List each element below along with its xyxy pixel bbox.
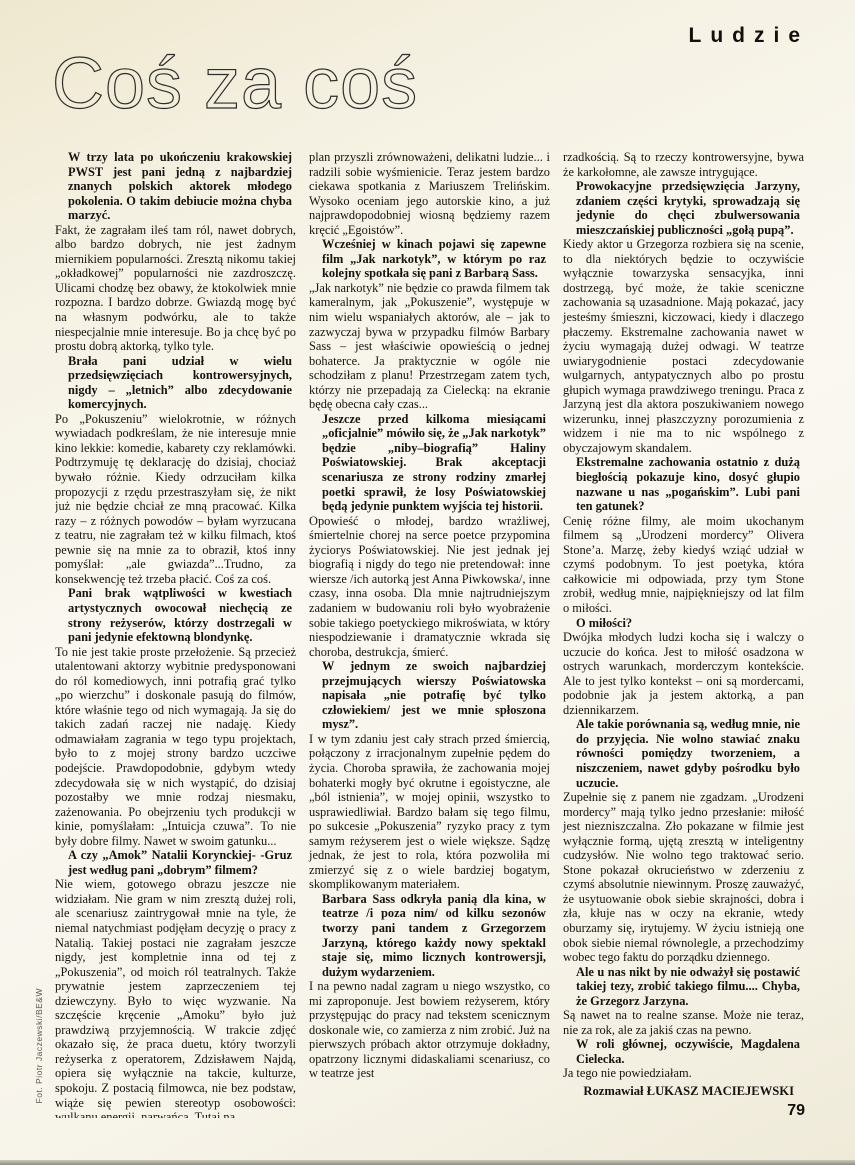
question-paragraph: Prowokacyjne przedsięwzięcia Jarzyny, zd…: [563, 179, 804, 237]
question-paragraph: Wcześniej w kinach pojawi się zapewne fi…: [309, 237, 550, 281]
answer-paragraph: To nie jest takie proste przełożenie. Są…: [55, 645, 296, 849]
article-column-1: W trzy lata po ukończeniu krakowskiej PW…: [55, 150, 296, 1118]
scan-edge: [0, 1160, 855, 1165]
answer-paragraph: „Jak narkotyk” nie będzie co prawda film…: [309, 281, 550, 412]
answer-paragraph: Dwójka młodych ludzi kocha się i walczy …: [563, 630, 804, 717]
question-paragraph: Ale takie porównania są, według mnie, ni…: [563, 717, 804, 790]
answer-paragraph: Ja tego nie powiedziałam.: [563, 1066, 804, 1081]
column-3-paragraphs: rzadkością. Są to rzeczy kontrowersyjne,…: [563, 150, 804, 1081]
article-column-3: rzadkością. Są to rzeczy kontrowersyjne,…: [563, 150, 804, 1118]
question-paragraph: O miłości?: [563, 616, 804, 631]
article-columns: W trzy lata po ukończeniu krakowskiej PW…: [55, 150, 805, 1118]
column-1-paragraphs: W trzy lata po ukończeniu krakowskiej PW…: [55, 150, 296, 1118]
column-2-paragraphs: plan przyszli zrównoważeni, delikatni lu…: [309, 150, 550, 1081]
question-paragraph: Pani brak wątpliwości w kwestiach artyst…: [55, 586, 296, 644]
answer-paragraph: Cenię różne filmy, ale moim ukochanym fi…: [563, 514, 804, 616]
answer-paragraph: Opowieść o młodej, bardzo wrażliwej, śmi…: [309, 514, 550, 659]
answer-paragraph: Po „Pokuszeniu” wielokrotnie, w różnych …: [55, 412, 296, 587]
answer-paragraph: rzadkością. Są to rzeczy kontrowersyjne,…: [563, 150, 804, 179]
answer-paragraph: plan przyszli zrównoważeni, delikatni lu…: [309, 150, 550, 237]
magazine-page: { "page": { "section_label": "Ludzie", "…: [0, 0, 855, 1165]
page-number: 79: [787, 1102, 805, 1120]
answer-paragraph: Nie wiem, gotowego obrazu jeszcze nie wi…: [55, 877, 296, 1118]
question-paragraph: A czy „Amok” Natalii Korynckiej- -Gruz j…: [55, 848, 296, 877]
answer-paragraph: I na pewno nadal zagram u niego wszystko…: [309, 979, 550, 1081]
question-paragraph: Ekstremalne zachowania ostatnio z dużą b…: [563, 455, 804, 513]
question-paragraph: W jednym ze swoich najbardziej przejmują…: [309, 659, 550, 732]
question-paragraph: Jeszcze przed kilkoma miesiącami „oficja…: [309, 412, 550, 514]
question-paragraph: Brała pani udział w wielu przedsięwzięci…: [55, 354, 296, 412]
section-label: Ludzie: [689, 24, 810, 48]
answer-paragraph: Kiedy aktor u Grzegorza rozbiera się na …: [563, 237, 804, 455]
photo-credit: Fot. Piotr Jaczewski/BE&W: [34, 988, 44, 1103]
question-paragraph: W roli głównej, oczywiście, Magdalena Ci…: [563, 1037, 804, 1066]
question-paragraph: W trzy lata po ukończeniu krakowskiej PW…: [55, 150, 296, 223]
question-paragraph: Ale u nas nikt by nie odważył się postaw…: [563, 965, 804, 1009]
answer-paragraph: I w tym zdaniu jest cały strach przed śm…: [309, 732, 550, 892]
question-paragraph: Barbara Sass odkryła panią dla kina, w t…: [309, 892, 550, 979]
page-title: Coś za coś: [52, 48, 418, 120]
answer-paragraph: Fakt, że zagrałam ileś tam ról, nawet do…: [55, 223, 296, 354]
answer-paragraph: Są nawet na to realne szanse. Może nie t…: [563, 1008, 804, 1037]
interview-byline: Rozmawiał ŁUKASZ MACIEJEWSKI: [563, 1084, 804, 1099]
answer-paragraph: Zupełnie się z panem nie zgadzam. „Urodz…: [563, 790, 804, 965]
article-column-2: plan przyszli zrównoważeni, delikatni lu…: [309, 150, 550, 1118]
